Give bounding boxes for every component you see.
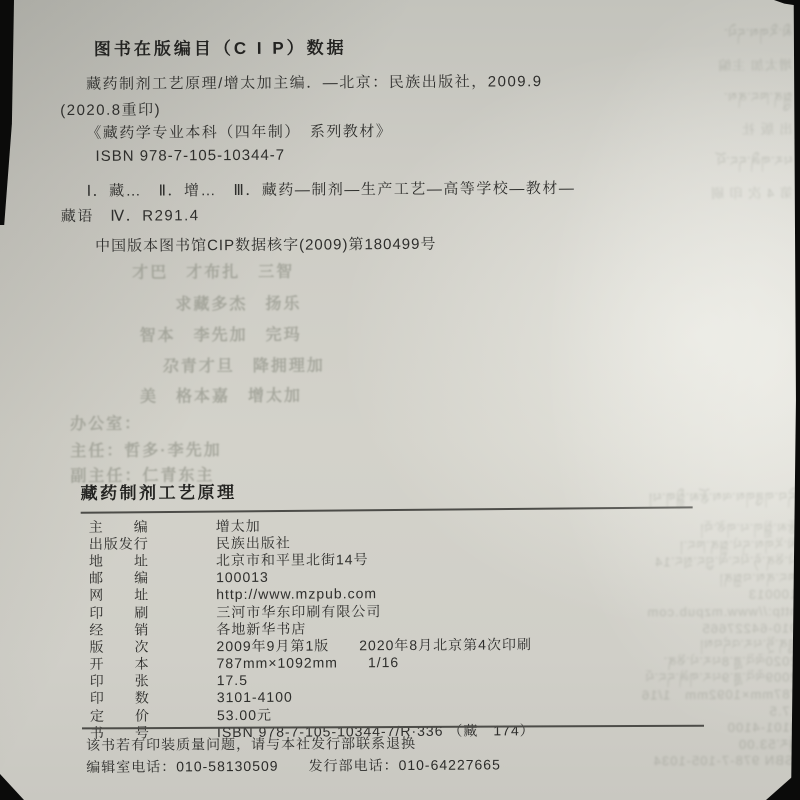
cip-line-classification-2: 藏语 Ⅳ．R291.4 <box>61 204 200 226</box>
row-value: 787mm×1092mm 1/16 <box>217 652 400 673</box>
cip-line-classification-1: Ⅰ．藏… Ⅱ．增… Ⅲ．藏药—制剂—生产工艺—高等学校—教材— <box>87 177 576 201</box>
bleedthrough-right-top: མི་རིགས་དཔེ་ 增太加 主编 སྐྲུན་ཁང་ནས་ 出 版 社 པ… <box>674 18 793 211</box>
bleedthrough-names-5: 美 格本嘉 增太加 <box>140 383 302 407</box>
bleedthrough-line: མི་རིགས་དཔེ་ <box>674 18 792 51</box>
bleedthrough-line: 第 4 次 印 刷 <box>675 178 793 211</box>
bleedthrough-director: 主任：哲多·李先加 <box>70 437 221 461</box>
row-value: 3101-4100 <box>217 689 293 705</box>
row-value: 北京市和平里北街14号 <box>216 549 369 570</box>
cip-heading: 图书在版编目（C I P）数据 <box>94 33 347 60</box>
bleedthrough-line: སྐྲུན་ཁང་ནས་ <box>674 82 792 115</box>
cip-record-number: 中国版本图书馆CIP数据核字(2009)第180499号 <box>95 233 437 256</box>
bleedthrough-names-2: 求藏多杰 扬乐 <box>175 291 301 315</box>
book-title: 藏药制剂工艺原理 <box>80 478 236 504</box>
cip-line-series: 《藏药学专业本科（四年制） 系列教材》 <box>86 120 392 143</box>
bleedthrough-line: པར་གཞི་དང་པོ <box>674 146 792 179</box>
bleedthrough-names-3: 智本 李先加 完玛 <box>140 322 302 346</box>
bleedthrough-line: 出 版 社 <box>674 114 792 147</box>
bleedthrough-names-4: 尕青才旦 降拥理加 <box>163 352 325 376</box>
cip-line-isbn: ISBN 978-7-105-10344-7 <box>95 147 285 165</box>
bleedthrough-line: 增太加 主编 <box>674 50 792 83</box>
bleedthrough-line: ISBN 978-7-105-1034 <box>480 753 798 772</box>
page-content: 图书在版编目（C I P）数据 藏药制剂工艺原理/增太加主编．—北京：民族出版社… <box>0 0 800 800</box>
quality-notice: 该书若有印装质量问题，请与本社发行部联系退换 <box>86 733 416 755</box>
book-copyright-page-photo: 图书在版编目（C I P）数据 藏药制剂工艺原理/增太加主编．—北京：民族出版社… <box>0 0 800 800</box>
bleedthrough-names-1: 才巴 才布扎 三智 <box>132 259 294 283</box>
colophon-table: 主 编 增太加 出版发行 民族出版社 地 址 北京市和平里北街14号 邮 编 1… <box>89 514 710 741</box>
row-value: 100013 <box>216 569 269 585</box>
row-value: 17.5 <box>217 672 248 688</box>
cip-line-title-author: 藏药制剂工艺原理/增太加主编．—北京：民族出版社，2009.9 <box>86 70 543 94</box>
cip-line-reprint: (2020.8重印) <box>60 98 161 120</box>
contact-phones: 编辑室电话：010-58130509 发行部电话：010-64227665 <box>86 754 501 777</box>
bleedthrough-office: 办公室： <box>70 411 142 434</box>
